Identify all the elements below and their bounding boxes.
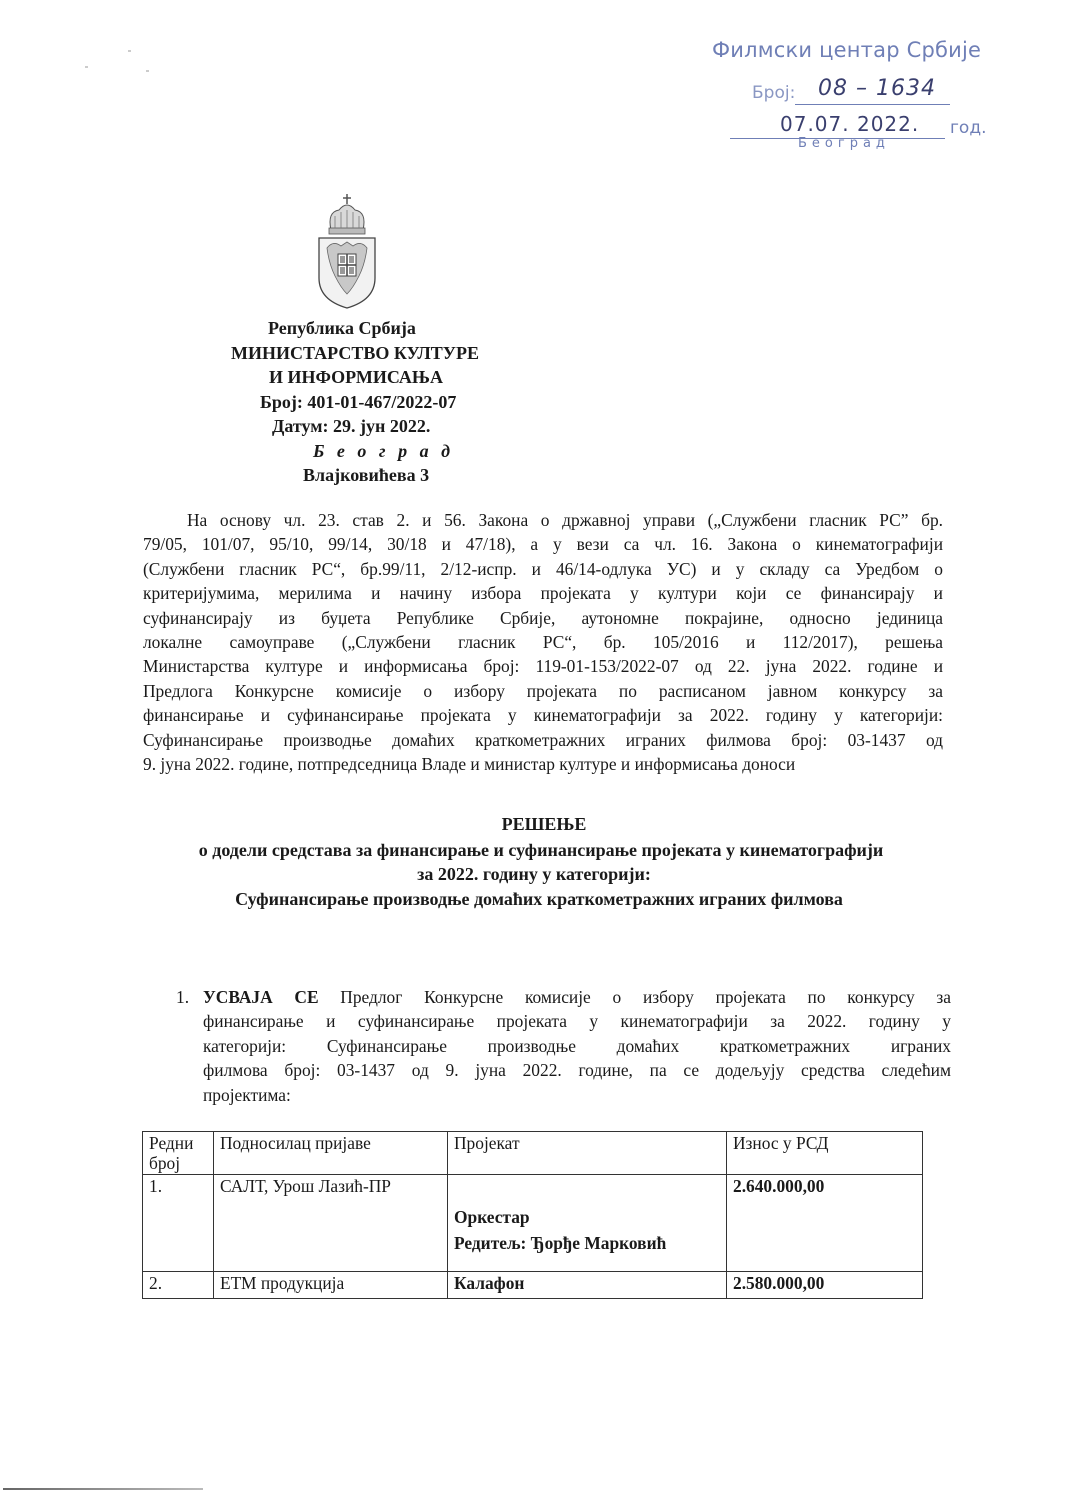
preamble-line: (Службени гласник РС“, бр.99/11, 2/12-ис…: [143, 557, 943, 581]
row-project: Оркестар Редитељ: Ђорђе Марковић: [448, 1175, 727, 1272]
grants-table: Редни број Подносилац пријаве Пројекат И…: [142, 1131, 923, 1299]
header-ministry-line2: И ИНФОРМИСАЊА: [269, 367, 443, 388]
list-item-lead: УСВАЈА СЕ: [203, 987, 319, 1007]
list-item-line: филмова број: 03-1437 од 9. јуна 2022. г…: [203, 1058, 951, 1082]
row-project: Калафон: [448, 1272, 727, 1299]
header-city: Б е о г р а д: [313, 441, 454, 462]
scan-artifact: [85, 66, 88, 68]
row-applicant: САЛТ, Урош Лазић-ПР: [214, 1175, 448, 1272]
preamble-line: Суфинансирање производње домаћих кратком…: [143, 728, 943, 752]
stamp-number-value: 08 – 1634: [818, 76, 936, 101]
decision-subtitle-line3: Суфинансирање производње домаћих кратком…: [0, 889, 1083, 910]
preamble-line: критеријумима, мерилима и начину избора …: [143, 581, 943, 605]
decision-subtitle-line2: за 2022. годину у категорији:: [0, 864, 1078, 885]
table-header-cell: Подносилац пријаве: [214, 1132, 448, 1175]
scan-artifact: [146, 70, 149, 72]
project-director: Редитељ: Ђорђе Марковић: [454, 1230, 720, 1256]
scan-artifact: [128, 50, 131, 52]
header-country: Република Србија: [268, 318, 416, 339]
list-item-text: УСВАЈА СЕ Предлог Конкурсне комисије о и…: [203, 985, 951, 1107]
header-ministry-line1: МИНИСТАРСТВО КУЛТУРЕ: [231, 343, 479, 364]
preamble-line: 79/05, 101/07, 95/10, 99/14, 30/18 и 47/…: [143, 532, 943, 556]
table-row: 2. ЕТМ продукција Калафон 2.580.000,00: [143, 1272, 923, 1299]
preamble-line: Министарства културе и информисања број:…: [143, 654, 943, 678]
header-address: Влајковићева 3: [303, 465, 429, 486]
row-number: 2.: [143, 1272, 214, 1299]
preamble-line: финансирање и суфинансирање пројеката у …: [143, 703, 943, 727]
row-amount: 2.640.000,00: [727, 1175, 923, 1272]
list-item-line: УСВАЈА СЕ Предлог Конкурсне комисије о и…: [203, 985, 951, 1009]
list-item-line: категорији: Суфинансирање производње дом…: [203, 1034, 951, 1058]
decision-title: РЕШЕЊЕ: [0, 814, 1088, 835]
stamp-number-underline: [795, 104, 950, 105]
table-header-cell: Пројекат: [448, 1132, 727, 1175]
list-item-number: 1.: [176, 987, 189, 1008]
preamble-paragraph: На основу чл. 23. став 2. и 56. Закона о…: [143, 508, 943, 776]
row-amount: 2.580.000,00: [727, 1272, 923, 1299]
preamble-line: На основу чл. 23. став 2. и 56. Закона о…: [143, 508, 943, 532]
row-applicant: ЕТМ продукција: [214, 1272, 448, 1299]
header-date: Датум: 29. јун 2022.: [272, 416, 430, 437]
document-page: Филмски центар Србије Број: 08 – 1634 07…: [0, 0, 1088, 1494]
table-row: 1. САЛТ, Урош Лазић-ПР Оркестар Редитељ:…: [143, 1175, 923, 1272]
stamp-number-label: Број:: [752, 83, 795, 103]
stamp-city: Београд: [798, 136, 890, 151]
decision-subtitle-line1: о додели средстава за финансирање и суфи…: [0, 840, 1085, 861]
project-title: Оркестар: [454, 1204, 720, 1230]
row-number: 1.: [143, 1175, 214, 1272]
list-item-line: финансирање и суфинансирање пројеката у …: [203, 1009, 951, 1033]
table-header-cell: Редни број: [143, 1132, 214, 1175]
preamble-line: суфинансирају из буџета Републике Србије…: [143, 606, 943, 630]
table-header-row: Редни број Подносилац пријаве Пројекат И…: [143, 1132, 923, 1175]
stamp-date-value: 07.07. 2022.: [780, 112, 919, 136]
scan-edge-line: [3, 1488, 203, 1490]
preamble-line: 9. јуна 2022. године, потпредседница Вла…: [143, 752, 943, 776]
coat-of-arms-icon: [313, 192, 381, 310]
preamble-line: Предлога Конкурсне комисије о избору про…: [143, 679, 943, 703]
list-item-line: пројектима:: [203, 1083, 951, 1107]
stamp-year-suffix: год.: [950, 118, 987, 138]
header-reference-number: Број: 401-01-467/2022-07: [260, 392, 456, 413]
stamp-organization: Филмски центар Србије: [712, 38, 981, 62]
preamble-line: локалне самоуправе („Службени гласник РС…: [143, 630, 943, 654]
table-header-cell: Износ у РСД: [727, 1132, 923, 1175]
